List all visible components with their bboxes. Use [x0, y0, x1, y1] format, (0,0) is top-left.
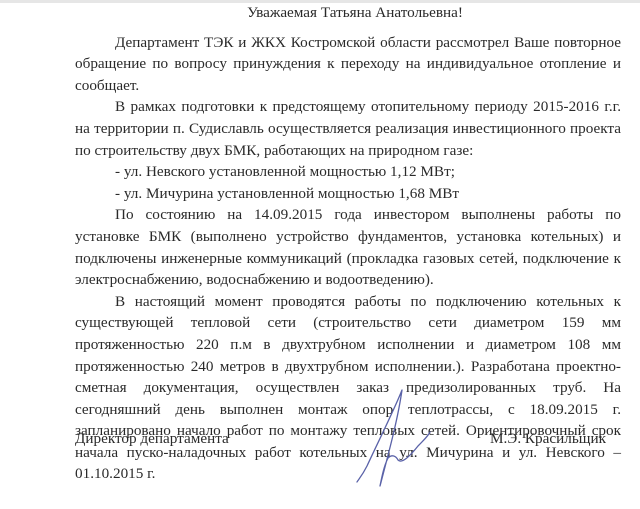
salutation: Уважаемая Татьяна Анатольевна! [75, 2, 621, 24]
list-item-michurina: - ул. Мичурина установленной мощностью 1… [75, 183, 621, 205]
signer-title: Директор департамента [75, 430, 229, 448]
paragraph-status: По состоянию на 14.09.2015 года инвестор… [75, 204, 621, 290]
paragraph-project: В рамках подготовки к предстоящему отопи… [75, 96, 621, 161]
list-item-nevskogo: - ул. Невского установленной мощностью 1… [75, 161, 621, 183]
signer-name: М.Э. Красильщик [490, 430, 606, 448]
paragraph-intro: Департамент ТЭК и ЖКХ Костромской област… [75, 32, 621, 97]
handwritten-signature-icon [340, 388, 440, 493]
